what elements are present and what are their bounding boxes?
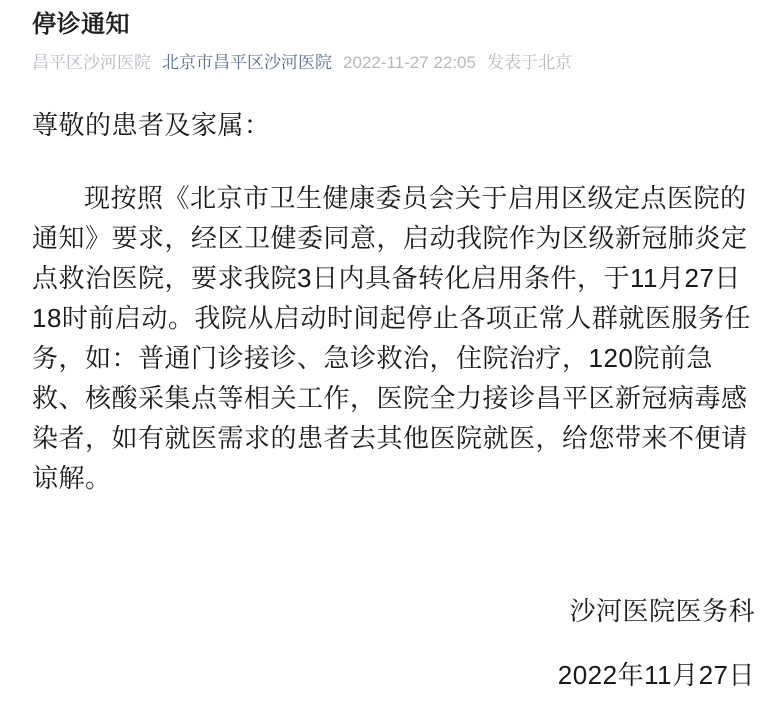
signature: 沙河医院医务科 <box>32 591 755 631</box>
account-name-link[interactable]: 北京市昌平区沙河医院 <box>162 53 332 73</box>
article-page: 停诊通知 昌平区沙河医院 北京市昌平区沙河医院 2022-11-27 22:05… <box>0 0 776 707</box>
account-alias: 昌平区沙河医院 <box>32 53 151 73</box>
notice-date: 2022年11月27日 <box>32 655 755 695</box>
publish-location: 发表于北京 <box>487 53 572 73</box>
article-meta-row: 昌平区沙河医院 北京市昌平区沙河医院 2022-11-27 22:05 发表于北… <box>32 53 755 73</box>
publish-time: 2022-11-27 22:05 <box>343 53 476 73</box>
article-body: 尊敬的患者及家属： 现按照《北京市卫生健康委员会关于启用区级定点医院的通知》要求… <box>32 105 755 695</box>
article-title: 停诊通知 <box>32 10 755 40</box>
salutation: 尊敬的患者及家属： <box>32 105 755 145</box>
notice-paragraph: 现按照《北京市卫生健康委员会关于启用区级定点医院的通知》要求，经区卫健委同意，启… <box>32 178 755 498</box>
